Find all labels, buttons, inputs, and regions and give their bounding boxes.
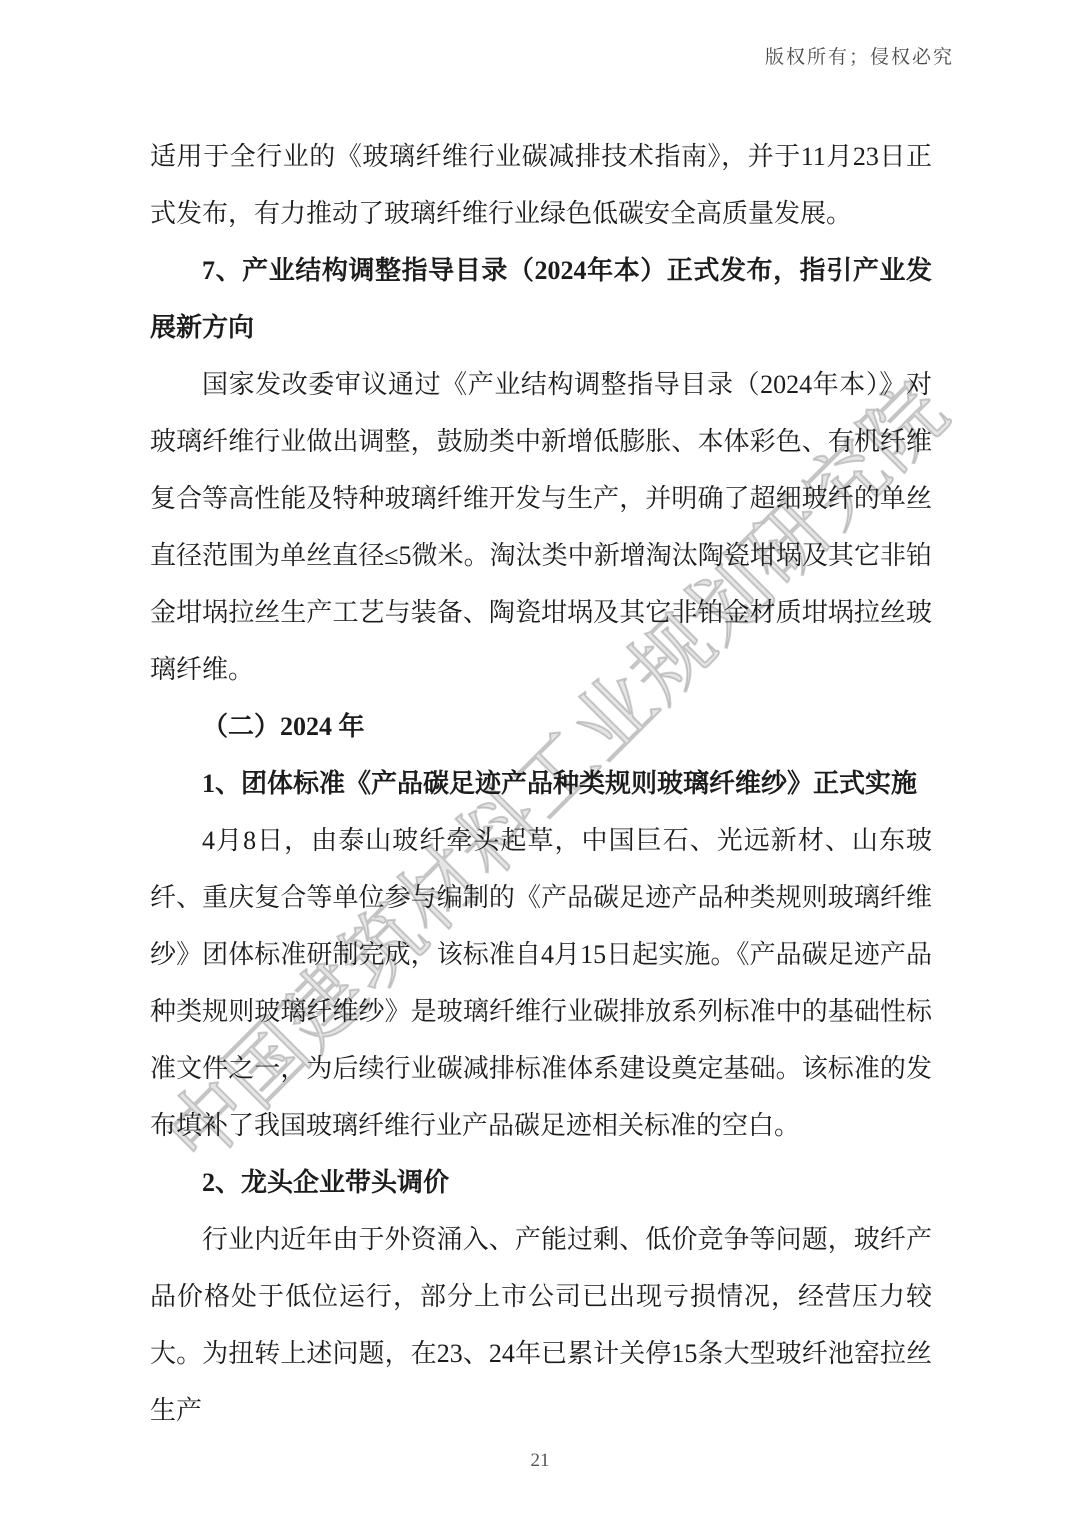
document-page: 版权所有；侵权必究 中国建筑材料工业规划研究院 适用于全行业的《玻璃纤维行业碳减…	[0, 0, 1080, 1527]
page-number: 21	[0, 1450, 1080, 1472]
section-heading-1: 1、团体标准《产品碳足迹产品种类规则玻璃纤维纱》正式实施	[150, 755, 932, 812]
section-heading-2: 2、龙头企业带头调价	[150, 1154, 932, 1211]
body-paragraph: 国家发改委审议通过《产业结构调整指导目录（2024年本）》对玻璃纤维行业做出调整…	[150, 356, 932, 698]
body-paragraph: 行业内近年由于外资涌入、产能过剩、低价竞争等问题，玻纤产品价格处于低位运行，部分…	[150, 1211, 932, 1439]
section-heading-year-2024: （二）2024 年	[150, 698, 932, 755]
document-body: 适用于全行业的《玻璃纤维行业碳减排技术指南》，并于11月23日正式发布，有力推动…	[150, 128, 932, 1439]
body-paragraph-continuation: 适用于全行业的《玻璃纤维行业碳减排技术指南》，并于11月23日正式发布，有力推动…	[150, 128, 932, 242]
copyright-notice: 版权所有；侵权必究	[765, 42, 954, 69]
body-paragraph: 4月8日，由泰山玻纤牵头起草，中国巨石、光远新材、山东玻纤、重庆复合等单位参与编…	[150, 812, 932, 1154]
section-heading-7: 7、产业结构调整指导目录（2024年本）正式发布，指引产业发展新方向	[150, 242, 932, 356]
